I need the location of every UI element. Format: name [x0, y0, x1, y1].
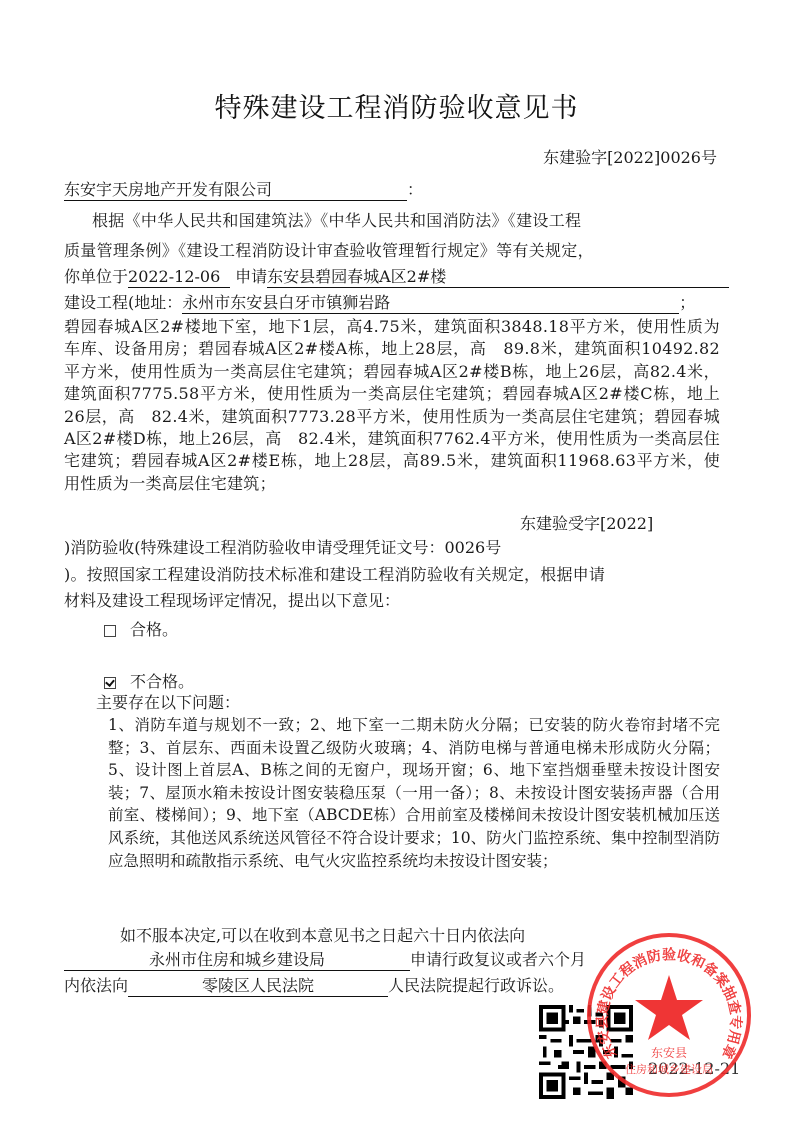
building-description: 碧园春城A区2#楼地下室，地下1层，高4.75米，建筑面积3848.18平方米，… — [64, 316, 720, 495]
issues-heading: 主要存在以下问题： — [96, 692, 240, 714]
apply-date: 2022-12-06 — [128, 267, 220, 286]
document-title: 特殊建设工程消防验收意见书 — [0, 86, 793, 125]
appeal-line3: 内依法向零陵区人民法院人民法院提起行政诉讼。 — [64, 975, 564, 997]
address-line: 建设工程(地址：永州市东安县白牙市镇狮岩路； — [64, 292, 695, 314]
recipient-line: 东安宇天房地产开发有限公司： — [64, 179, 423, 201]
option-qualified[interactable]: 合格。 — [104, 617, 178, 640]
receipt-number-line2: 0026号 — [445, 538, 502, 557]
para2-line2: 材料及建设工程现场评定情况，提出以下意见： — [64, 590, 400, 612]
document-number: 东建验字[2022]0026号 — [543, 145, 717, 168]
checkbox-qualified[interactable] — [104, 625, 116, 637]
review-agency: 永州市住房和城乡建设局 — [149, 950, 325, 969]
seal-center-line2: 住房和城乡建设局 — [625, 1062, 713, 1076]
star-icon — [635, 975, 703, 1040]
project-name: 东安县碧园春城A区2#楼 — [267, 267, 446, 286]
receipt-number-line1: 东建验受字[2022] — [520, 513, 653, 535]
issues-list: 1、消防车道与规划不一致；2、地下室一二期未防火分隔；已安装的防火卷帘封堵不完整… — [108, 714, 720, 872]
option-unqualified[interactable]: 不合格。 — [104, 669, 194, 692]
appeal-line1: 如不服本决定,可以在收到本意见书之日起六十日内依法向 — [120, 925, 525, 947]
project-address: 永州市东安县白牙市镇狮岩路 — [182, 293, 390, 312]
appeal-line2: 永州市住房和城乡建设局申请行政复议或者六个月 — [64, 949, 586, 971]
seal-center-line1: 东安县 — [651, 1045, 687, 1060]
para1-line2: 质量管理条例》《建设工程消防设计审查验收管理暂行规定》等有关规定， — [64, 240, 594, 262]
para1-line1: 根据《中华人民共和国建筑法》《中华人民共和国消防法》《建设工程 — [92, 210, 581, 232]
para2-line1: )。按照国家工程建设消防技术标准和建设工程消防验收有关规定，根据申请 — [64, 564, 605, 586]
recipient-name: 东安宇天房地产开发有限公司 — [64, 180, 272, 199]
official-seal: 东安县建设工程消防验收和备案抽查专用章 东安县 住房和城乡建设局 — [584, 930, 754, 1100]
document-page: 特殊建设工程消防验收意见书 东建验字[2022]0026号 东安宇天房地产开发有… — [0, 0, 793, 1122]
court-name: 零陵区人民法院 — [202, 976, 314, 995]
receipt-line: )消防验收(特殊建设工程消防验收申请受理凭证文号：0026号 — [64, 537, 501, 559]
apply-line: 你单位于2022-12-06 申请东安县碧园春城A区2#楼 — [64, 266, 729, 288]
checkbox-unqualified-checked[interactable] — [104, 677, 116, 689]
